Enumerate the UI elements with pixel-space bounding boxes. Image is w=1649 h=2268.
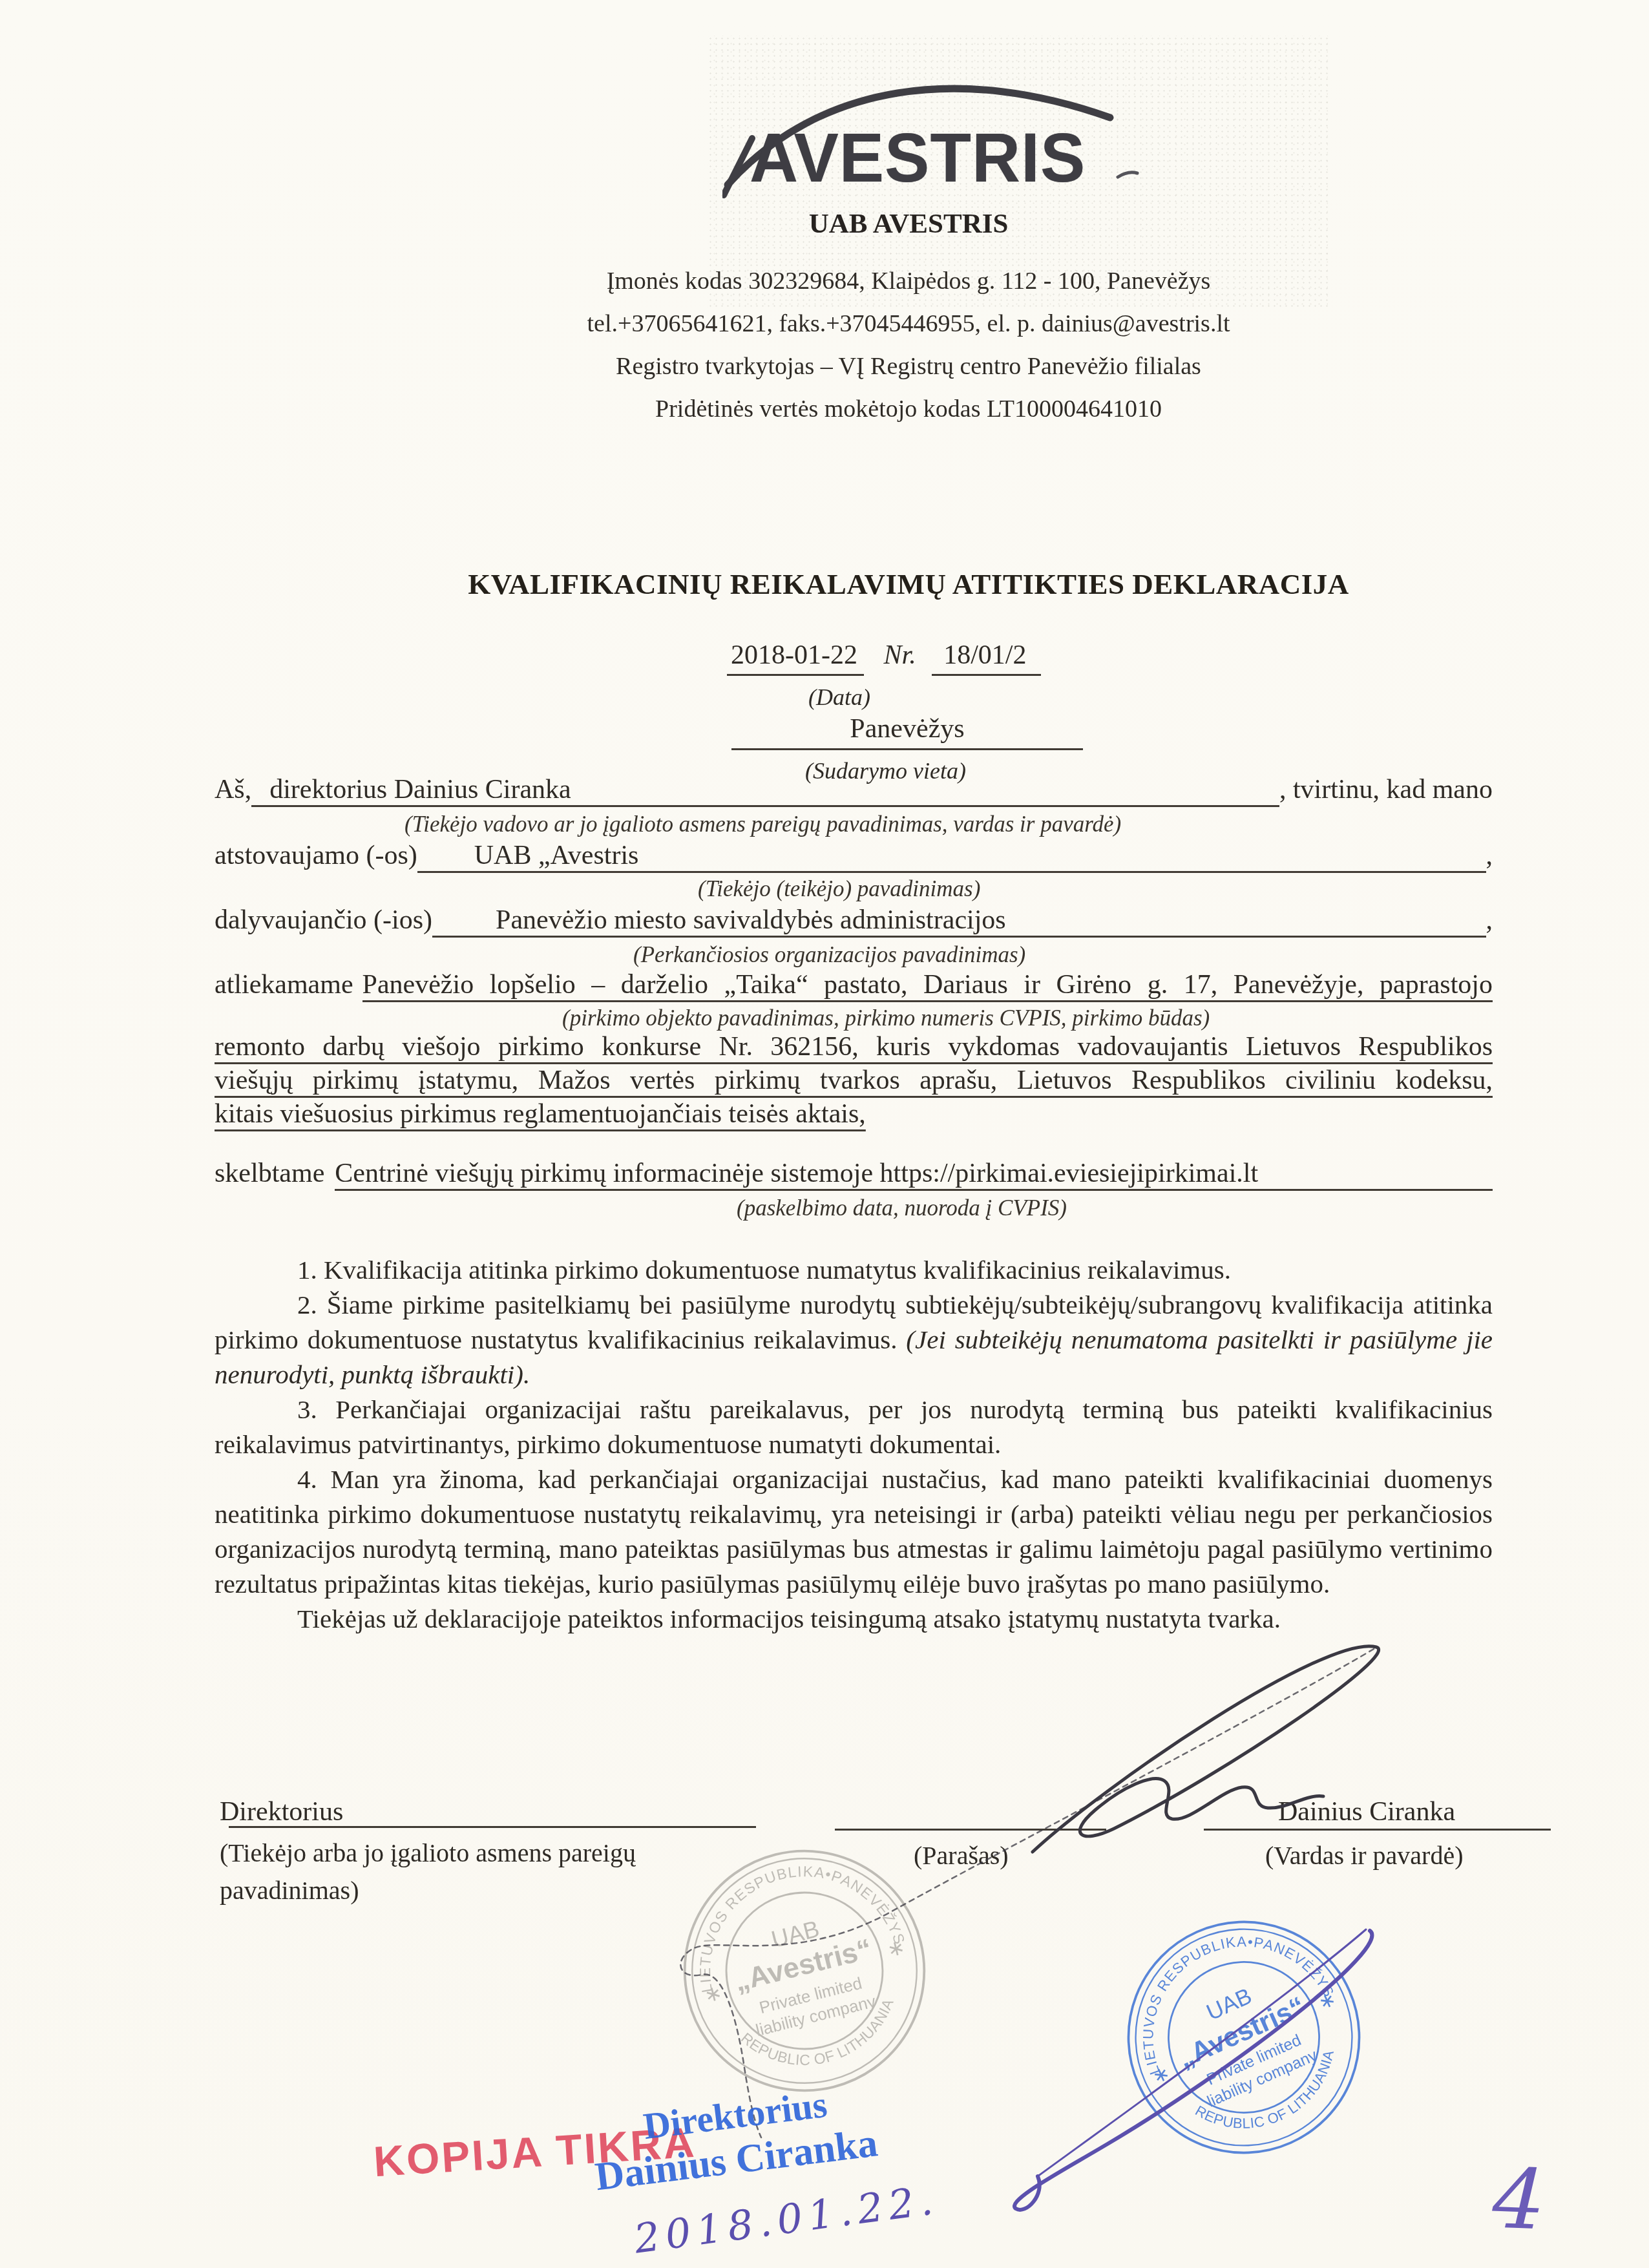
company-detail-line: tel.+37065641621, faks.+37045446955, el.… [168, 302, 1649, 345]
participating-line: dalyvaujančio (-ios) Panevėžio miesto sa… [215, 905, 1493, 938]
represented-prefix: atstovaujamo (-os) [215, 840, 417, 871]
svg-text:liability company: liability company [1204, 2046, 1320, 2110]
signer-title-line [229, 1826, 756, 1828]
clauses: 1. Kvalifikacija atitinka pirkimo dokume… [215, 1252, 1493, 1636]
clause-paragraph: 3. Perkančiajai organizacijai raštu pare… [215, 1392, 1493, 1462]
signature-line [835, 1829, 1106, 1831]
svg-text:REPUBLIC OF LITHUANIA: REPUBLIC OF LITHUANIA [1189, 2043, 1354, 2156]
svg-text:UAB: UAB [768, 1915, 822, 1953]
declarant-line: Aš, direktorius Dainius Ciranka , tvirti… [215, 774, 1493, 807]
participating-value: Panevėžio miesto savivaldybės administra… [432, 905, 1486, 938]
signer-name-line [1204, 1829, 1551, 1831]
procurement-object-line: atliekamame Panevėžio lopšelio – darželi… [215, 969, 1493, 1002]
handwritten-page-number: 4 [1491, 2151, 1547, 2249]
signer-name-caption: (Vardas ir pavardė) [1265, 1840, 1464, 1871]
dateline: 2018-01-22 Nr. 18/01/2 [727, 640, 1041, 671]
object-value: Panevėžio lopšelio – darželio „Taika“ pa… [362, 969, 1493, 1002]
procurement-text-line3: kitais viešuosius pirkimus reglamentuoja… [215, 1098, 1493, 1129]
director-signature-ink [680, 1646, 1378, 2137]
procurement-text-line2: viešųjų pirkimų įstatymu, Mažos vertės p… [215, 1065, 1493, 1096]
clause-paragraph: 2. Šiame pirkime pasitelkiamų bei pasiūl… [215, 1287, 1493, 1392]
object-caption: (pirkimo objekto pavadinimas, pirkimo nu… [562, 1005, 1210, 1031]
declarant-value: direktorius Dainius Ciranka [251, 774, 1279, 807]
svg-text:∗: ∗ [885, 1934, 907, 1962]
svg-text:Private limited: Private limited [1204, 2031, 1304, 2088]
company-detail-line: Registro tvarkytojas – VĮ Registrų centr… [168, 345, 1649, 388]
represented-value: UAB „Avestris [417, 840, 1486, 873]
avestris-logo: AVESTRIS [722, 57, 1162, 205]
clause-paragraph: 4. Man yra žinoma, kad perkančiajai orga… [215, 1462, 1493, 1601]
logo-wordmark: AVESTRIS [750, 119, 1086, 199]
date-caption: (Data) [808, 684, 870, 711]
svg-text:UAB: UAB [1203, 1983, 1255, 2025]
doc-number: 18/01/2 [932, 640, 1040, 676]
svg-text:LIETUVOS RESPUBLIKA•PANEVĖŽYS: LIETUVOS RESPUBLIKA•PANEVĖŽYS [674, 1840, 909, 1995]
company-detail-line: Įmonės kodas 302329684, Klaipėdos g. 112… [168, 260, 1649, 302]
svg-text:LIETUVOS RESPUBLIKA•PANEVĖŽYS: LIETUVOS RESPUBLIKA•PANEVĖŽYS [1107, 1900, 1338, 2078]
company-details: Įmonės kodas 302329684, Klaipėdos g. 112… [168, 260, 1649, 430]
date-value: 2018-01-22 [727, 640, 864, 676]
svg-text:Private limited: Private limited [757, 1975, 864, 2018]
participating-prefix: dalyvaujančio (-ios) [215, 905, 432, 936]
svg-text:„Avestris“: „Avestris“ [731, 1933, 875, 1998]
svg-text:liability company: liability company [754, 1993, 877, 2040]
procurement-text-line1: remonto darbų viešojo pirkimo konkurse N… [215, 1031, 1493, 1062]
svg-text:∗: ∗ [1315, 1987, 1339, 2015]
signer-title: Direktorius [220, 1796, 343, 1827]
declarant-suffix: , tvirtinu, kad mano [1279, 774, 1493, 805]
copy-signature-ink [1014, 1929, 1372, 2210]
svg-text:REPUBLIC OF LITHUANIA: REPUBLIC OF LITHUANIA [735, 1993, 907, 2085]
clause-paragraph: 1. Kvalifikacija atitinka pirkimo dokume… [215, 1252, 1493, 1287]
svg-text:„Avestris“: „Avestris“ [1173, 1991, 1309, 2074]
blue-round-stamp: LIETUVOS RESPUBLIKA•PANEVĖŽYS REPUBLIC O… [1086, 1880, 1402, 2196]
published-caption: (paskelbimo data, nuoroda į CVPIS) [737, 1195, 1067, 1221]
signature-caption: (Parašas) [914, 1840, 1009, 1871]
participating-caption: (Perkančiosios organizacijos pavadinimas… [633, 942, 1025, 968]
published-prefix: skelbtame [215, 1158, 335, 1189]
nr-label: Nr. [883, 640, 916, 670]
represented-suffix: , [1486, 840, 1493, 871]
declarant-prefix: Aš, [215, 774, 251, 805]
svg-text:∗: ∗ [1149, 2061, 1173, 2088]
signer-title-caption-1: (Tiekėjo arba jo įgalioto asmens pareigų [220, 1838, 636, 1868]
signer-name: Dainius Ciranka [1278, 1796, 1455, 1827]
document-title: KVALIFIKACINIŲ REIKALAVIMŲ ATITIKTIES DE… [168, 567, 1649, 601]
company-detail-line: Pridėtinės vertės mokėtojo kodas LT10000… [168, 388, 1649, 430]
signer-title-caption-2: pavadinimas) [220, 1875, 359, 1906]
represented-line: atstovaujamo (-os) UAB „Avestris , [215, 840, 1493, 873]
participating-suffix: , [1486, 905, 1493, 936]
company-name: UAB AVESTRIS [168, 208, 1649, 240]
object-prefix: atliekamame [215, 969, 362, 1000]
place-value: Panevėžys [731, 713, 1083, 750]
declarant-caption: (Tiekėjo vadovo ar jo įgalioto asmens pa… [404, 812, 1121, 837]
closing-statement: Tiekėjas už deklaracijoje pateiktos info… [215, 1601, 1493, 1636]
published-line: skelbtame Centrinė viešųjų pirkimų infor… [215, 1158, 1493, 1191]
published-value: Centrinė viešųjų pirkimų informacinėje s… [335, 1158, 1493, 1191]
gray-round-stamp: LIETUVOS RESPUBLIKA•PANEVĖŽYS REPUBLIC O… [654, 1820, 954, 2121]
svg-text:∗: ∗ [702, 1980, 724, 2008]
represented-caption: (Tiekėjo (teikėjo) pavadinimas) [698, 876, 980, 902]
